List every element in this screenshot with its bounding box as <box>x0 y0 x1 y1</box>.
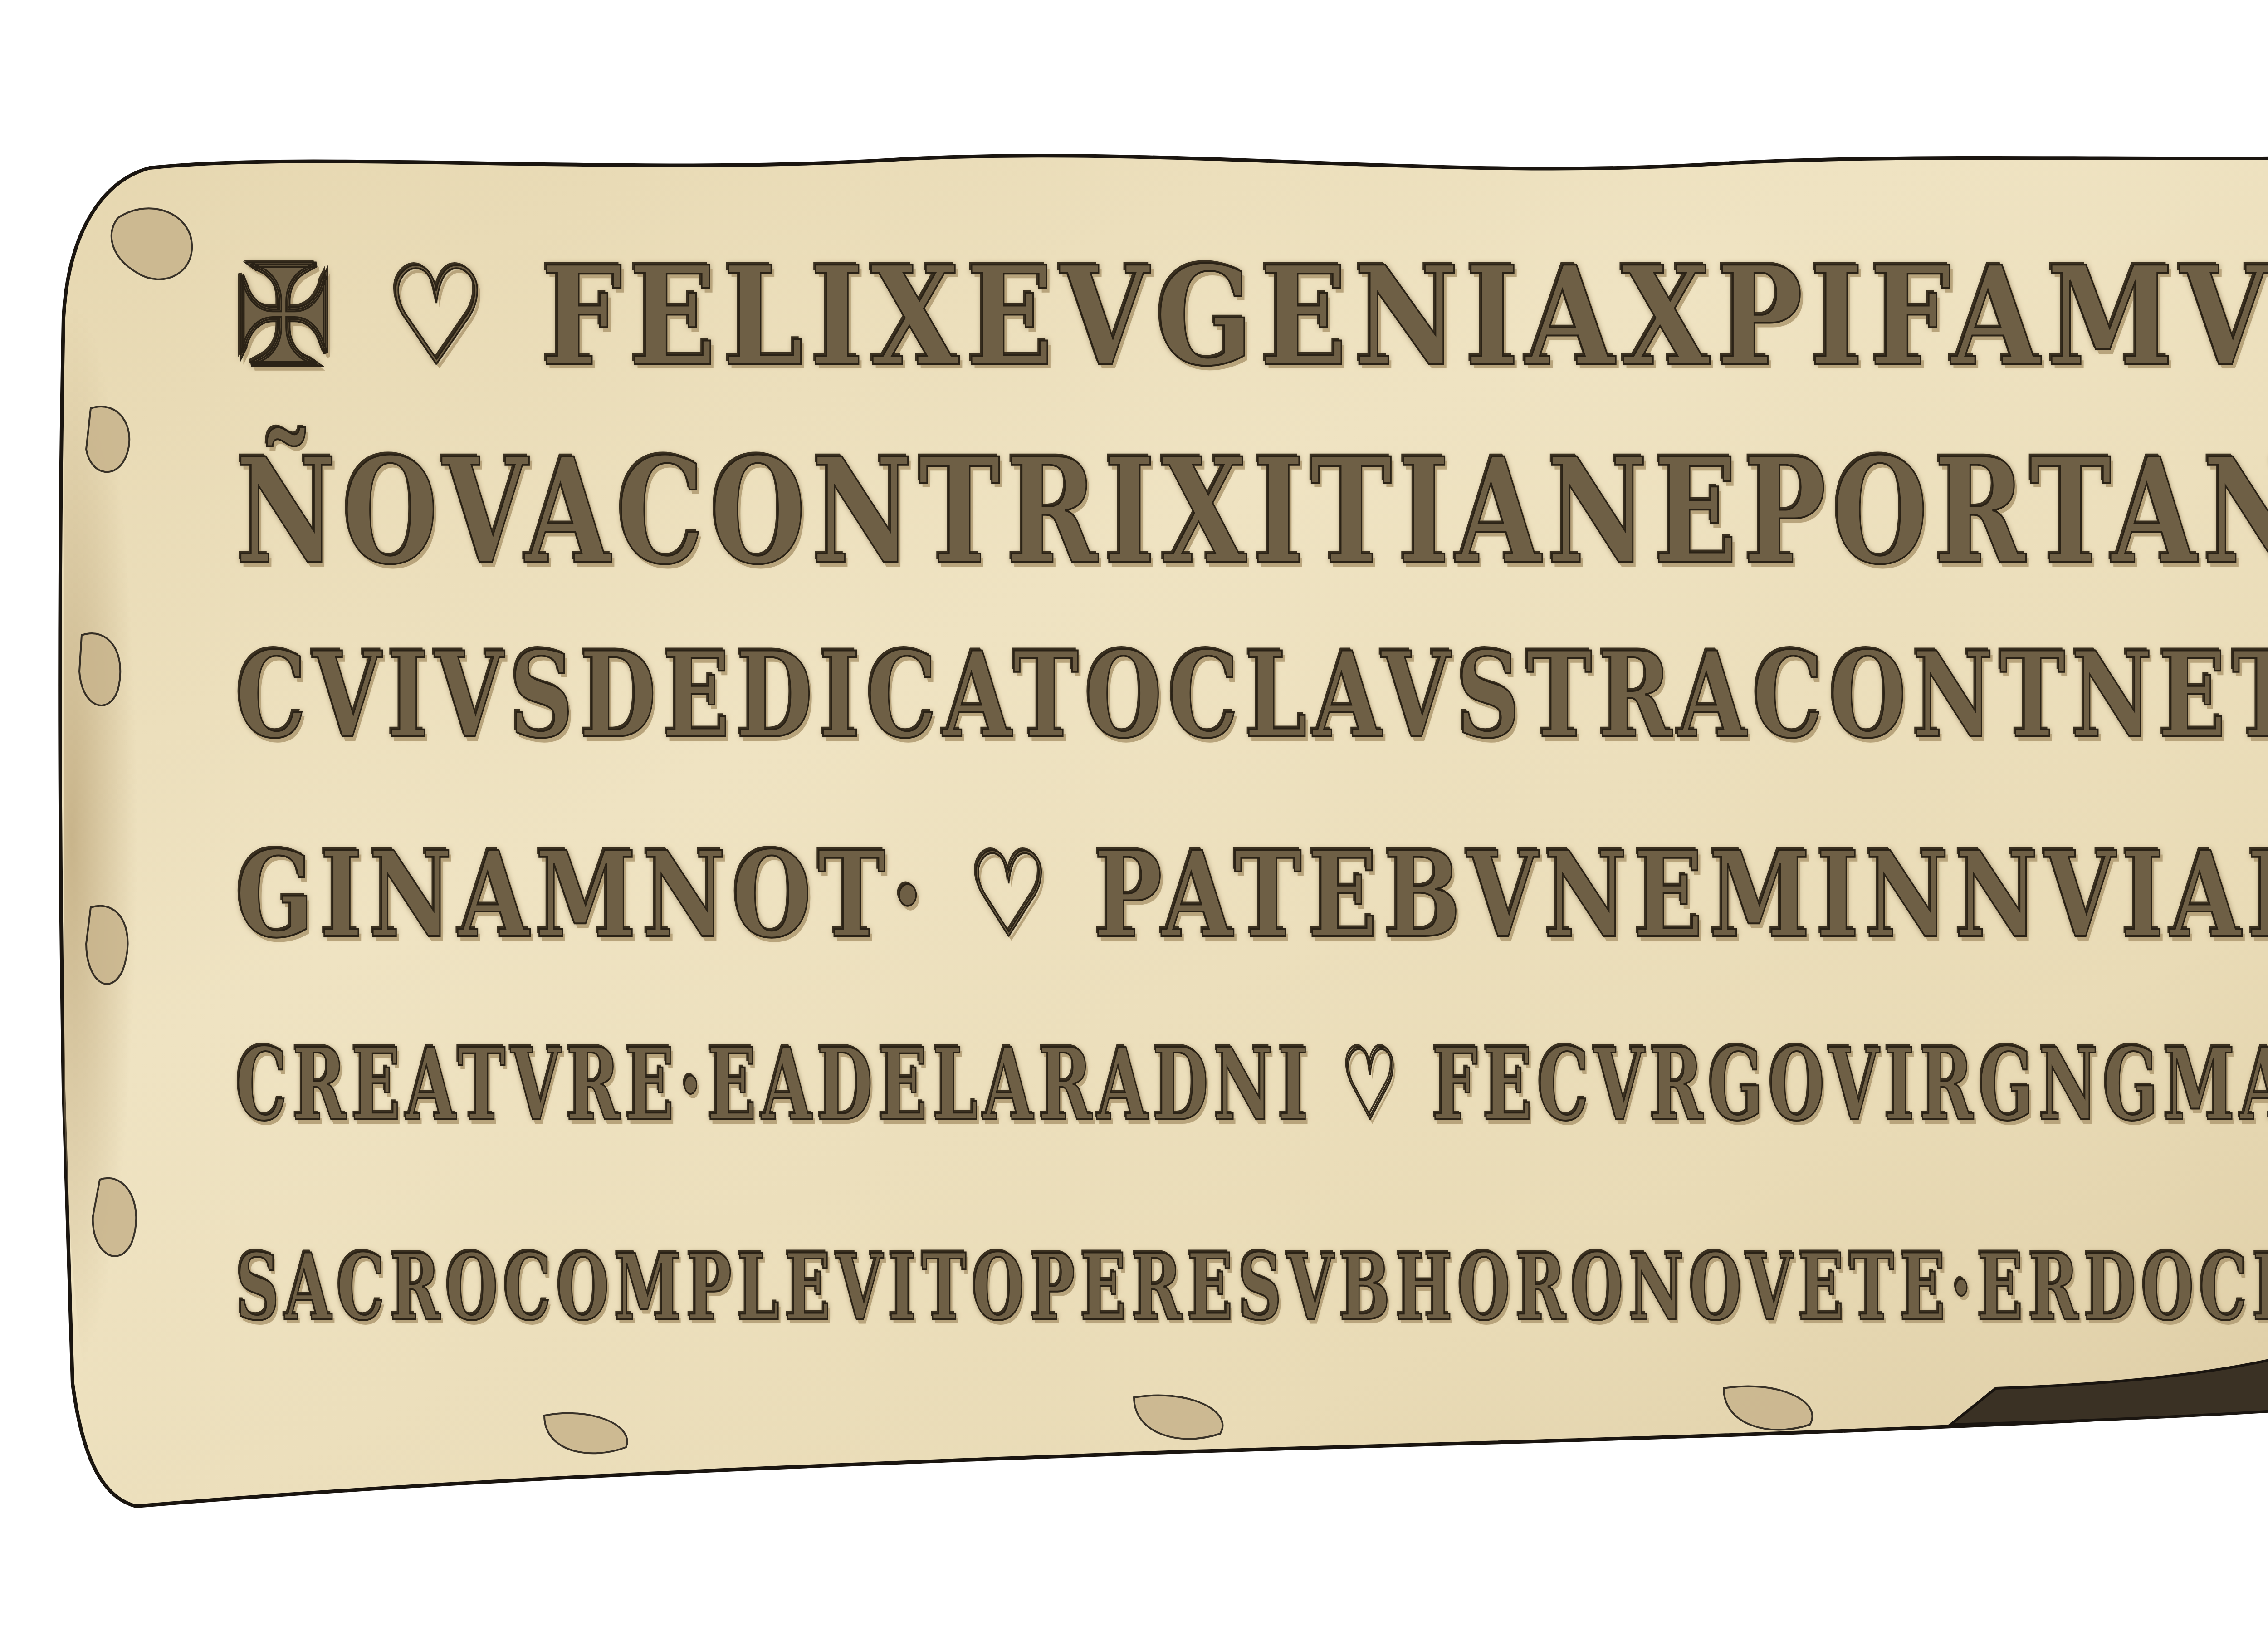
inscription-line-5: CREATVRE·EADELARADNI ♡ FECVRGOVIRGNGMATE… <box>236 1025 1701 1143</box>
inscription-line-1: ✠ ♡ FELIXEVGENIAXPIFAMVLA <box>236 236 2141 396</box>
inscription-line-3: CVIVSDEDICATOCLAVSTRACONTNETVR <box>236 626 1938 764</box>
inscription-line-2: ÑOVACONTRIXITIANEPORTAN ♡ <box>236 426 1952 597</box>
inscription-line-4: GINAMNOT· ♡ PATEBVNEMINNVIADIA <box>236 826 1987 964</box>
inscription-line-6: SACROCOMPLEVITOPERESVBHORONOVETE·ERDOCRV… <box>236 1234 1740 1341</box>
artwork-canvas: ✠ ♡ FELIXEVGENIAXPIFAMVLA ÑOVACONTRIXITI… <box>0 0 2268 1646</box>
